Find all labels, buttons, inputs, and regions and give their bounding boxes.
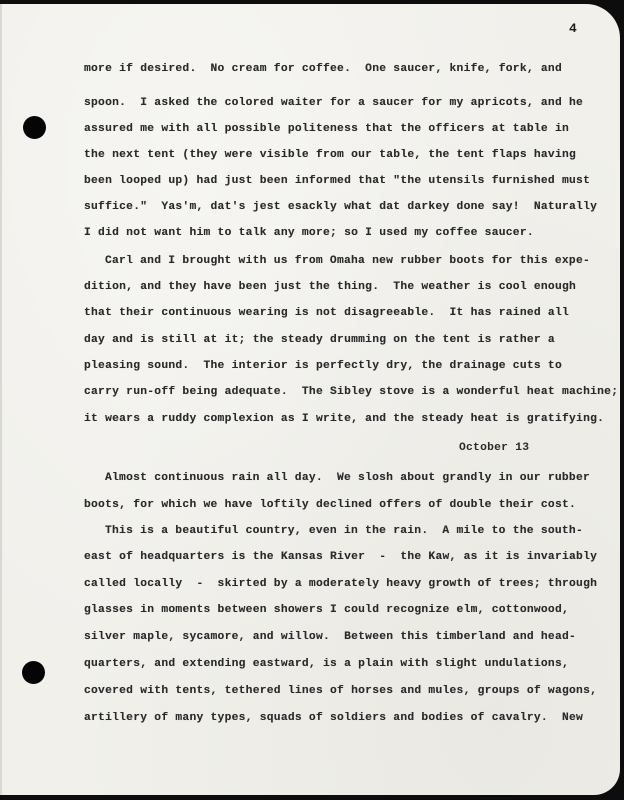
text-line: pleasing sound. The interior is perfectl… — [84, 360, 562, 372]
text-line: been looped up) had just been informed t… — [84, 175, 590, 187]
punch-hole-bottom — [22, 661, 45, 684]
punch-hole-top — [23, 116, 46, 139]
text-line: more if desired. No cream for coffee. On… — [84, 63, 562, 75]
text-line: Almost continuous rain all day. We slosh… — [105, 472, 590, 484]
text-line: day and is still at it; the steady drumm… — [84, 334, 555, 346]
text-line: quarters, and extending eastward, is a p… — [84, 658, 569, 670]
text-line: suffice." Yas'm, dat's jest esackly what… — [84, 201, 597, 213]
text-line: assured me with all possible politeness … — [84, 123, 569, 135]
text-line: boots, for which we have loftily decline… — [84, 499, 576, 511]
text-line: spoon. I asked the colored waiter for a … — [84, 97, 583, 109]
typewritten-page: 4 more if desired. No cream for coffee. … — [0, 4, 620, 795]
text-line: it wears a ruddy complexion as I write, … — [84, 413, 604, 425]
text-line: dition, and they have been just the thin… — [84, 281, 576, 293]
text-line: This is a beautiful country, even in the… — [105, 525, 583, 537]
date-heading: October 13 — [459, 442, 529, 454]
text-line: called locally - skirted by a moderately… — [84, 578, 597, 590]
text-line: glasses in moments between showers I cou… — [84, 604, 569, 616]
text-line: east of headquarters is the Kansas River… — [84, 551, 597, 563]
text-line: I did not want him to talk any more; so … — [84, 227, 534, 239]
text-line: Carl and I brought with us from Omaha ne… — [105, 255, 590, 267]
text-line: that their continuous wearing is not dis… — [84, 307, 569, 319]
text-line: the next tent (they were visible from ou… — [84, 149, 576, 161]
text-line: artillery of many types, squads of soldi… — [84, 712, 583, 724]
text-line: silver maple, sycamore, and willow. Betw… — [84, 631, 576, 643]
page-number: 4 — [569, 21, 577, 36]
text-line: covered with tents, tethered lines of ho… — [84, 685, 597, 697]
text-line: carry run-off being adequate. The Sibley… — [84, 386, 618, 398]
